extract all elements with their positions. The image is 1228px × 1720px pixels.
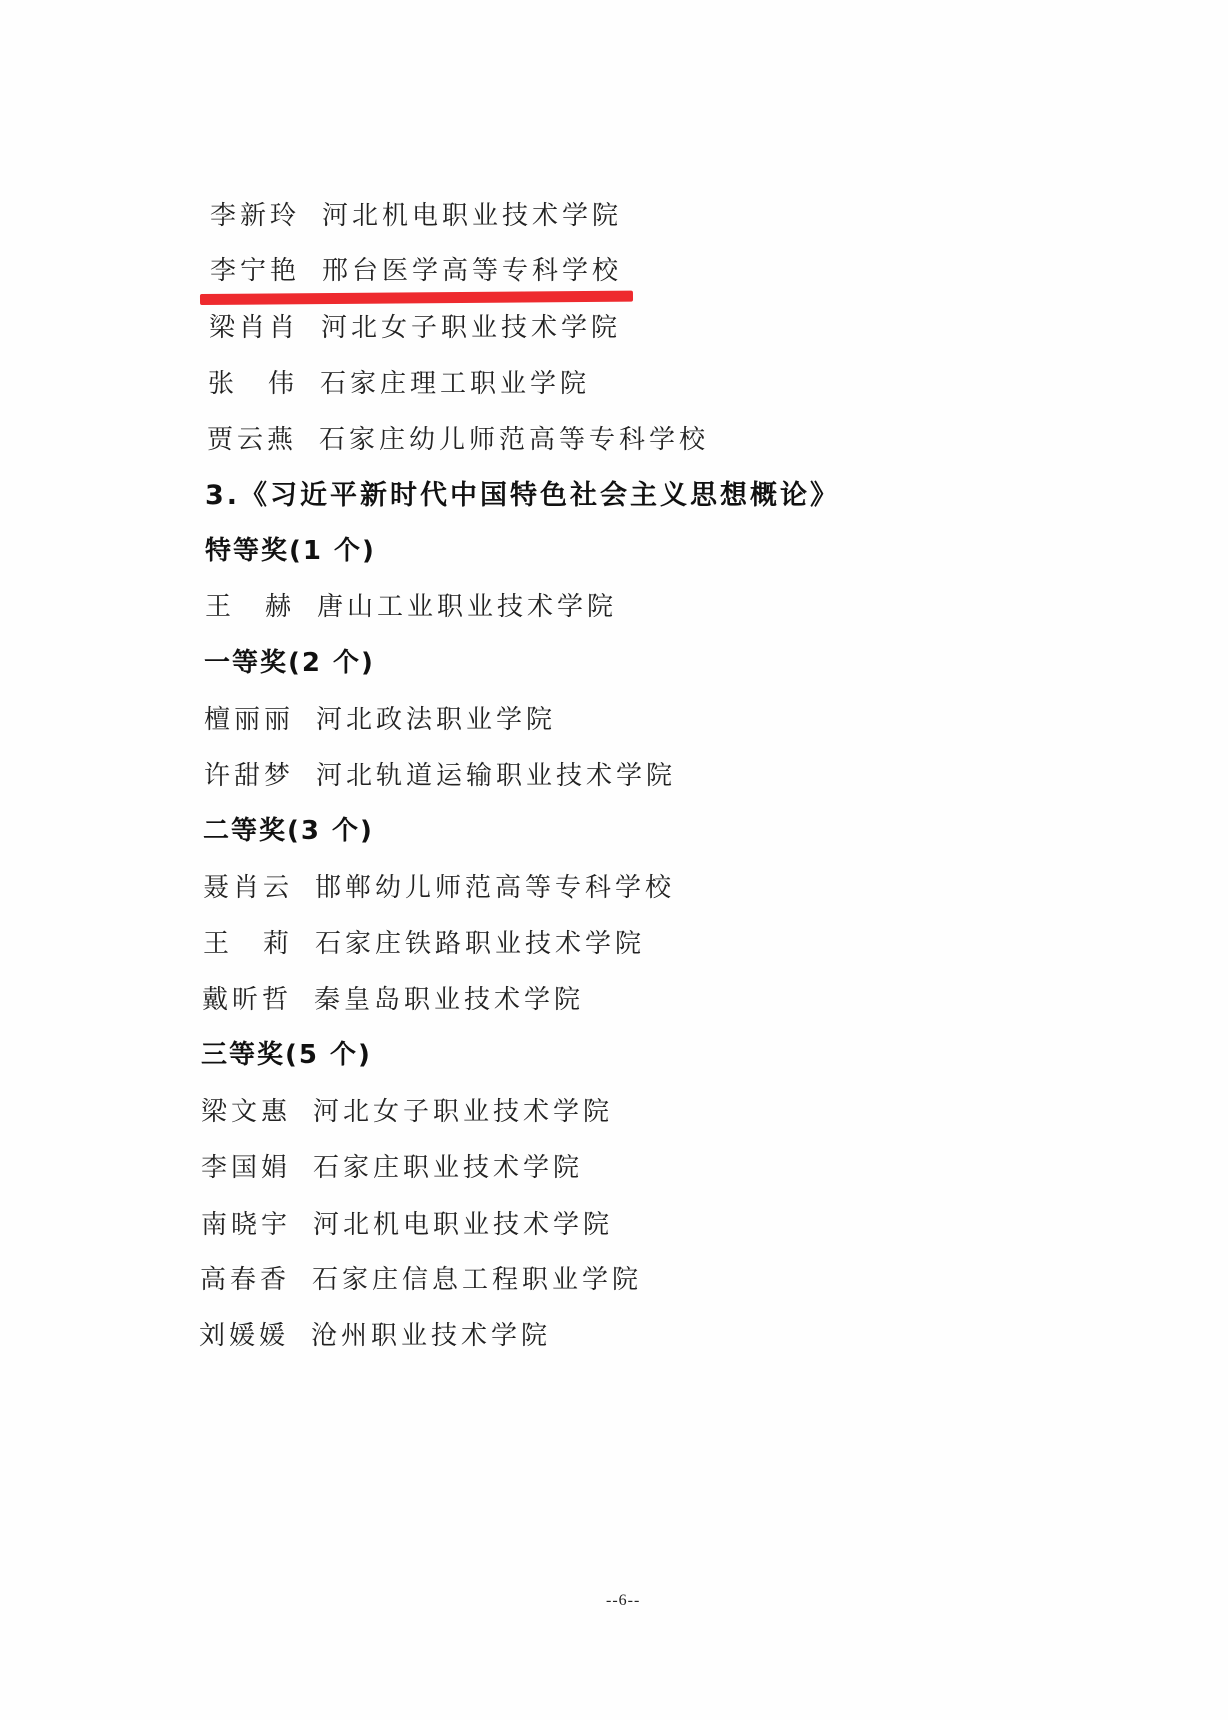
awardee-institution: 唐山工业职业技术学院 <box>317 587 617 627</box>
list-item: 南晓宇河北机电职业技术学院 <box>201 1205 613 1245</box>
awardee-name: 许甜梦 <box>204 756 316 796</box>
red-highlight-underline <box>200 291 633 305</box>
list-item: 李新玲河北机电职业技术学院 <box>210 196 622 236</box>
list-item: 檀丽丽河北政法职业学院 <box>204 700 556 740</box>
list-item: 许甜梦河北轨道运输职业技术学院 <box>204 756 676 796</box>
awardee-name: 王 莉 <box>203 924 315 964</box>
awardee-name: 李国娟 <box>201 1148 313 1188</box>
awardee-name: 张 伟 <box>208 364 320 404</box>
award-heading-third: 三等奖(5 个) <box>201 1035 372 1075</box>
awardee-institution: 秦皇岛职业技术学院 <box>314 980 584 1020</box>
list-item: 李国娟石家庄职业技术学院 <box>201 1148 583 1188</box>
awardee-institution: 河北政法职业学院 <box>316 700 556 740</box>
awardee-name: 梁文惠 <box>201 1092 313 1132</box>
awardee-institution: 邯郸幼儿师范高等专科学校 <box>315 868 675 908</box>
list-item: 刘媛媛沧州职业技术学院 <box>199 1316 551 1356</box>
list-item: 王 莉石家庄铁路职业技术学院 <box>203 924 645 964</box>
list-item: 梁文惠河北女子职业技术学院 <box>201 1092 613 1132</box>
awardee-name: 梁肖肖 <box>209 308 321 348</box>
awardee-institution: 邢台医学高等专科学校 <box>322 251 622 291</box>
document-page: 李新玲河北机电职业技术学院 李宁艳邢台医学高等专科学校 梁肖肖河北女子职业技术学… <box>0 0 1228 1720</box>
awardee-name: 戴昕哲 <box>202 980 314 1020</box>
award-heading-first: 一等奖(2 个) <box>204 643 375 683</box>
awardee-institution: 河北机电职业技术学院 <box>322 196 622 236</box>
awardee-institution: 石家庄职业技术学院 <box>313 1148 583 1188</box>
awardee-institution: 石家庄信息工程职业学院 <box>312 1260 642 1300</box>
award-heading-second: 二等奖(3 个) <box>203 811 374 851</box>
awardee-institution: 河北女子职业技术学院 <box>313 1092 613 1132</box>
awardee-institution: 石家庄理工职业学院 <box>320 364 590 404</box>
list-item: 聂肖云邯郸幼儿师范高等专科学校 <box>203 868 675 908</box>
awardee-institution: 石家庄幼儿师范高等专科学校 <box>319 420 709 460</box>
awardee-name: 刘媛媛 <box>199 1316 311 1356</box>
awardee-name: 檀丽丽 <box>204 700 316 740</box>
list-item: 戴昕哲秦皇岛职业技术学院 <box>202 980 584 1020</box>
list-item: 贾云燕石家庄幼儿师范高等专科学校 <box>207 420 709 460</box>
list-item: 王 赫唐山工业职业技术学院 <box>205 587 617 627</box>
list-item-highlighted: 李宁艳邢台医学高等专科学校 <box>210 251 622 291</box>
awardee-name: 高春香 <box>200 1260 312 1300</box>
section-title: 3.《习近平新时代中国特色社会主义思想概论》 <box>205 476 840 516</box>
awardee-institution: 沧州职业技术学院 <box>311 1316 551 1356</box>
list-item: 梁肖肖河北女子职业技术学院 <box>209 308 621 348</box>
awardee-institution: 石家庄铁路职业技术学院 <box>315 924 645 964</box>
award-heading-special: 特等奖(1 个) <box>205 531 376 571</box>
page-number: --6-- <box>606 1592 640 1610</box>
awardee-institution: 河北机电职业技术学院 <box>313 1205 613 1245</box>
list-item: 张 伟石家庄理工职业学院 <box>208 364 590 404</box>
awardee-institution: 河北女子职业技术学院 <box>321 308 621 348</box>
awardee-name: 聂肖云 <box>203 868 315 908</box>
awardee-name: 李新玲 <box>210 196 322 236</box>
awardee-name: 南晓宇 <box>201 1205 313 1245</box>
awardee-name: 王 赫 <box>205 587 317 627</box>
awardee-name: 李宁艳 <box>210 251 322 291</box>
awardee-name: 贾云燕 <box>207 420 319 460</box>
awardee-institution: 河北轨道运输职业技术学院 <box>316 756 676 796</box>
list-item: 高春香石家庄信息工程职业学院 <box>200 1260 642 1300</box>
